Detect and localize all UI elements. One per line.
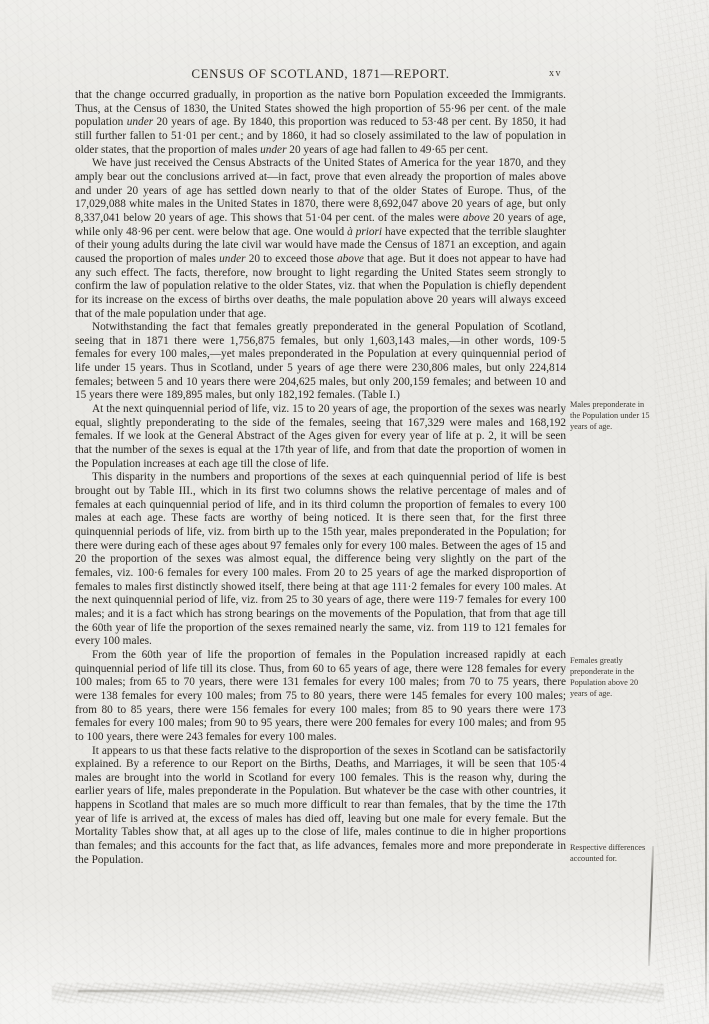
page-title: CENSUS OF SCOTLAND, 1871—REPORT. <box>75 66 566 82</box>
paragraph-scotland-males-under-15: Notwithstanding the fact that females gr… <box>75 321 566 403</box>
paragraph-quinquennial-15-to-20: At the next quinquennial period of life,… <box>75 403 566 471</box>
margin-note-males-preponderate-under-15: Males preponderate in the Population und… <box>570 400 652 433</box>
paragraph-females-after-60: From the 60th year of life the proportio… <box>75 649 566 745</box>
paragraph-us-census-abstracts-1870: We have just received the Census Abstrac… <box>75 157 566 321</box>
margin-note-females-preponderate-above-20: Females greatly preponderate in the Popu… <box>570 656 652 700</box>
page-edge-line <box>705 560 707 1015</box>
body-text-column: that the change occurred gradually, in p… <box>75 89 566 867</box>
margin-note-respective-differences: Respective differences accounted for. <box>570 843 652 865</box>
right-margin-speckle-texture <box>655 0 709 1024</box>
page-number: xv <box>549 68 562 79</box>
paragraph-table-iii-disparity: This disparity in the numbers and propor… <box>75 471 566 649</box>
bottom-smudge-line <box>78 990 408 992</box>
document-page: CENSUS OF SCOTLAND, 1871—REPORT. xv that… <box>0 0 709 1024</box>
paragraph-us-census-1830-1860: that the change occurred gradually, in p… <box>75 89 566 157</box>
paragraph-explanation-births-mortality: It appears to us that these facts relati… <box>75 745 566 868</box>
bottom-scan-mottle-texture <box>52 983 664 1003</box>
